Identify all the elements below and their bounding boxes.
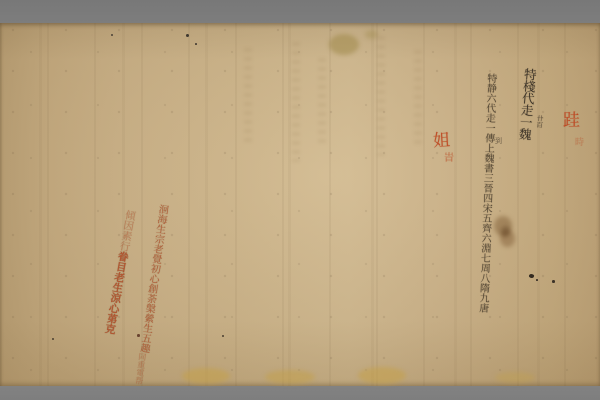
brown-blotch-core (501, 226, 510, 237)
olive-stain (329, 34, 359, 55)
ink-speck (186, 34, 189, 37)
bottom-edge-stain (495, 372, 535, 383)
bleedthrough-column (318, 58, 326, 143)
ink-speck (52, 338, 54, 340)
ink-speck (536, 279, 538, 281)
photo-background-bottom (0, 386, 600, 400)
bleedthrough-column (377, 36, 385, 156)
ink-speck (195, 43, 197, 45)
bottom-edge-stain (265, 370, 315, 384)
bleedthrough-column (292, 42, 300, 162)
ink-column-b-annotation: 到 (495, 136, 502, 146)
red-center-mark: 姐 (432, 126, 450, 152)
olive-stain (365, 30, 378, 39)
red-edge-seal-mark-small: 時 (575, 135, 584, 148)
manuscript-photo: 特棧代走一魏 卄百 特静六代走一傳上魏書三晉四宋五齊六淵七周八隋九唐 到 傾因素… (0, 0, 600, 400)
bleedthrough-column (414, 50, 422, 145)
red-edge-seal-mark: 跬 (563, 106, 580, 131)
ink-speck (552, 280, 555, 283)
red-center-mark-small: 旹 (444, 149, 454, 164)
scroll-paper: 特棧代走一魏 卄百 特静六代走一傳上魏書三晉四宋五齊六淵七周八隋九唐 到 傾因素… (0, 23, 600, 386)
bottom-edge-stain (358, 367, 406, 384)
bottom-edge-stain (182, 368, 230, 384)
ink-speck (222, 335, 224, 337)
red-column-tail-part: 同重電帮 (134, 352, 147, 385)
paper-seams-texture (0, 23, 600, 386)
photo-background-top (0, 0, 600, 23)
ink-column-a-annotation: 卄百 (535, 115, 545, 129)
ink-speck (111, 34, 113, 36)
bleedthrough-column (244, 48, 252, 143)
